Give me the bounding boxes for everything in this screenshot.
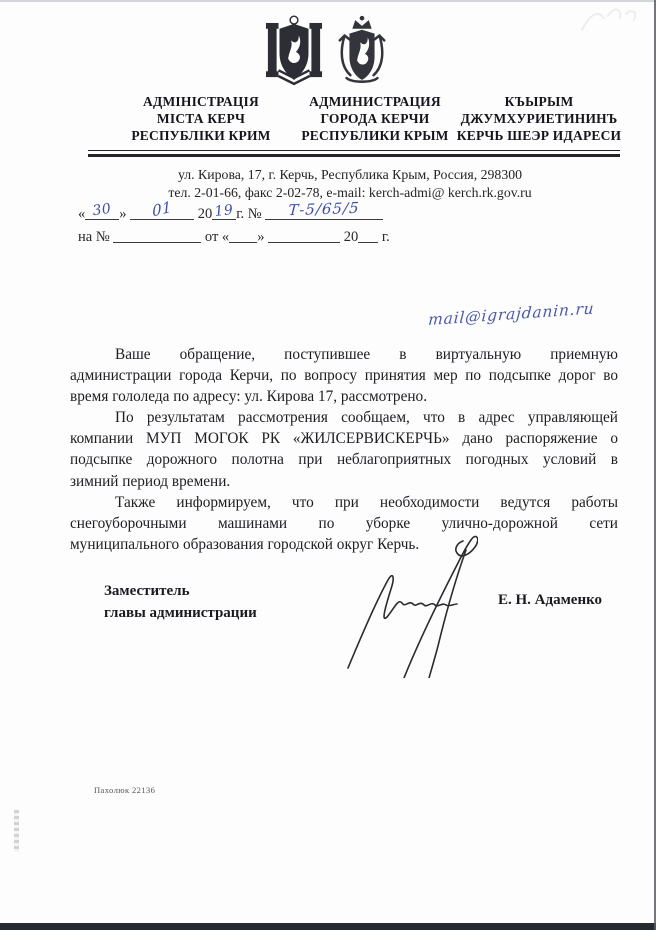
date-number-line: «30» 01 2019г. № Т-5/65/5 [78, 204, 390, 227]
org-line: МІСТА КЕРЧ [96, 110, 306, 127]
year-unit: г. № [236, 206, 261, 222]
close-quote: » [119, 206, 126, 222]
handwritten-day: 30 [84, 200, 120, 221]
reply-close-quote: » [257, 229, 264, 245]
signer-name: Е. Н. Адаменко [498, 592, 602, 609]
body-line: время гололеда по адресу: ул. Кирова 17,… [70, 386, 618, 407]
reply-year-prefix: 20 [344, 229, 359, 245]
reply-year-blank [358, 227, 378, 243]
header-emblems [0, 14, 656, 88]
scan-smudge [14, 810, 19, 852]
kerch-coat-of-arms-icon [333, 14, 391, 88]
executor-note: Пахолюк 22136 [94, 785, 155, 795]
letter-body: Ваше обращение, поступившее в виртуальну… [70, 344, 618, 555]
doc-number-blank: Т-5/65/5 [265, 204, 383, 220]
reply-prefix: на № [78, 229, 110, 245]
signer-title-line: Заместитель [104, 580, 257, 602]
reply-year-unit: г. [382, 229, 390, 245]
signer-title: Заместитель главы администрации [104, 580, 257, 624]
month-blank: 01 [130, 204, 194, 220]
reply-month-blank [268, 227, 340, 243]
body-line: подсыпке дорожного полотна при неблагопр… [70, 449, 618, 470]
org-name-ukrainian: АДМІНІСТРАЦІЯ МІСТА КЕРЧ РЕСПУБЛІКИ КРИМ [96, 93, 306, 144]
handwritten-doc-number: Т-5/65/5 [265, 198, 384, 220]
day-blank: 30 [85, 204, 119, 220]
reply-day-blank [229, 227, 257, 243]
org-line: КЪЫРЫМ [436, 93, 642, 110]
org-line: РЕСПУБЛІКИ КРИМ [96, 127, 306, 144]
handwritten-email-note: mail@igrajdanin.ru [428, 295, 656, 329]
reply-from: от « [205, 229, 229, 245]
header-divider-rule [88, 150, 620, 157]
body-line: Ваше обращение, поступившее в виртуальну… [70, 344, 618, 365]
reference-block: «30» 01 2019г. № Т-5/65/5 на № от «» 20 … [78, 204, 390, 250]
reply-number-blank [113, 227, 201, 243]
body-line: По результатам рассмотрения сообщаем, чт… [70, 407, 618, 428]
org-line: ДЖУМХУРИЕТИНИНЪ [436, 110, 642, 127]
handwritten-signature [318, 528, 478, 678]
crimea-coat-of-arms-icon [265, 14, 323, 88]
scan-edge-bottom [0, 923, 656, 930]
year-prefix: 20 [198, 206, 213, 222]
reply-reference-line: на № от «» 20 г. [78, 227, 390, 250]
scanned-letter-page: АДМІНІСТРАЦІЯ МІСТА КЕРЧ РЕСПУБЛІКИ КРИМ… [0, 0, 656, 930]
body-line: зимний период времени. [70, 471, 618, 492]
body-line: компании МУП МОГОК РК «ЖИЛСЕРВИСКЕРЧЬ» д… [70, 428, 618, 449]
address-line: ул. Кирова, 17, г. Керчь, Республика Кры… [90, 166, 610, 184]
address-block: ул. Кирова, 17, г. Керчь, Республика Кры… [90, 166, 610, 201]
body-line: администрации города Керчи, по вопросу п… [70, 365, 618, 386]
scan-edge-top [0, 0, 656, 2]
org-line: КЕРЧЬ ШЕЭР ИДАРЕСИ [436, 127, 642, 144]
signer-title-line: главы администрации [104, 602, 257, 624]
org-name-crimean-tatar: КЪЫРЫМ ДЖУМХУРИЕТИНИНЪ КЕРЧЬ ШЕЭР ИДАРЕС… [436, 93, 642, 144]
year-blank: 19 [212, 204, 236, 220]
org-line: АДМІНІСТРАЦІЯ [96, 93, 306, 110]
body-line: Также информируем, что при необходимости… [70, 492, 618, 513]
handwritten-year: 19 [211, 202, 237, 220]
